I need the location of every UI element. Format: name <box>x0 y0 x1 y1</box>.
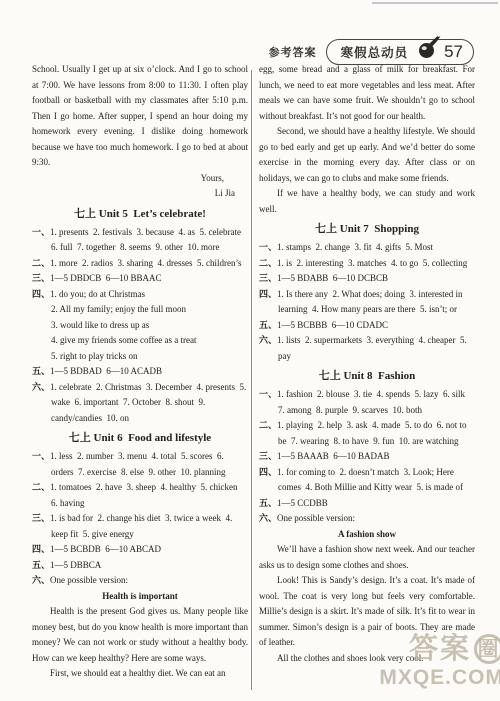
left-column: School. Usually I get up at six o’clock.… <box>32 62 248 682</box>
answer-row-u8-4: 四、1. for coming to 2. doesn’t match 3. L… <box>259 465 475 496</box>
answer-row-u6-2: 二、1. tomatoes 2. have 3. sheep 4. health… <box>32 480 248 511</box>
answer-text: 1. Is there any 2. What does; doing 3. i… <box>277 289 465 315</box>
answer-text: 1. do you; do at Christmas <box>50 289 145 299</box>
answer-row-u7-6: 六、1. lists 2. supermarkets 3. everything… <box>259 333 475 364</box>
answer-text: 1. playing 2. help 3. ask 4. made 5. to … <box>277 420 469 446</box>
answer-text: 1. presents 2. festivals 3. because 4. a… <box>50 227 245 253</box>
answer-row-u7-4: 四、1. Is there any 2. What does; doing 3.… <box>259 287 475 318</box>
answer-row-u5-5: 五、1—5 BDBAD 6—10 ACADB <box>32 364 248 380</box>
essay-paragraph: We’ll have a fashion show next week. And… <box>259 542 475 573</box>
essay-paragraph: Second, we should have a healthy lifesty… <box>259 124 475 186</box>
answer-text: 1. for coming to 2. doesn’t match 3. Loo… <box>277 467 463 493</box>
answer-text: 1. is 2. interesting 3. matches 4. to go… <box>277 258 467 268</box>
answer-subitem: 3. would like to dress up as <box>51 318 248 334</box>
section-marker: 二、 <box>259 420 277 430</box>
section-marker: 五、 <box>32 560 50 570</box>
section-marker: 六、 <box>32 575 50 585</box>
answer-text: 1. stamps 2. change 3. fit 4. gifts 5. M… <box>277 242 433 252</box>
essay-paragraph: First, we should eat a healthy diet. We … <box>32 666 248 682</box>
answer-row-u8-1: 一、1. fashion 2. blouse 3. tie 4. spends … <box>259 387 475 418</box>
answer-text: 1—5 BDBAD 6—10 ACADB <box>50 366 162 376</box>
answers-label: 参考答案 <box>269 44 317 60</box>
watermark-site: MXQE.COM <box>379 667 500 688</box>
section-marker: 四、 <box>32 289 50 299</box>
answer-text: 1—5 BCBDB 6—10 ABCAD <box>50 544 161 554</box>
answer-row-u5-4: 四、1. do you; do at Christmas 2. All my f… <box>32 287 248 365</box>
right-column: egg, some bread and a glass of milk for … <box>259 62 475 666</box>
answer-row-u6-5: 五、1—5 DBBCA <box>32 558 248 574</box>
essay-title-fashion: A fashion show <box>259 527 475 543</box>
section-marker: 四、 <box>32 544 50 554</box>
answer-row-u5-6: 六、1. celebrate 2. Christmas 3. December … <box>32 380 248 427</box>
answer-text: 1. fashion 2. blouse 3. tie 4. spends 5.… <box>277 389 469 415</box>
answer-text: 1—5 BDABB 6—10 DCBCB <box>277 273 388 283</box>
answer-row-u7-5: 五、1—5 BCBBB 6—10 CDADC <box>259 318 475 334</box>
watermark: 答案 圈 MXQE.COM <box>379 634 500 688</box>
essay-paragraph: If we have a healthy body, we can study … <box>259 186 475 217</box>
unit7-heading: 七上 Unit 7 Shopping <box>259 220 475 238</box>
answer-text: 1—5 BCBBB 6—10 CDADC <box>277 320 388 330</box>
answer-subitem: 5. right to play tricks on <box>51 349 248 365</box>
answer-text: 1. lists 2. supermarkets 3. everything 4… <box>277 335 469 361</box>
section-marker: 四、 <box>259 289 277 299</box>
book-title: 寒假总动员 <box>341 43 409 61</box>
section-marker: 三、 <box>259 273 277 283</box>
section-marker: 五、 <box>259 320 277 330</box>
section-marker: 二、 <box>32 482 50 492</box>
answer-text: 1—5 DBBCA <box>50 560 101 570</box>
answer-row-u8-2: 二、1. playing 2. help 3. ask 4. made 5. t… <box>259 418 475 449</box>
section-marker: 六、 <box>259 513 277 523</box>
answer-row-u6-1: 一、1. less 2. number 3. menu 4. total 5. … <box>32 449 248 480</box>
answer-text: 1. less 2. number 3. menu 4. total 5. sc… <box>50 451 226 477</box>
answer-text: 1—5 CCDBB <box>277 498 328 508</box>
watermark-brand: 答案 圈 <box>379 634 500 664</box>
section-marker: 四、 <box>259 467 277 477</box>
answer-text: 1. celebrate 2. Christmas 3. December 4.… <box>50 382 248 423</box>
essay-paragraph: Health is the present God gives us. Many… <box>32 604 248 666</box>
answer-text: One possible version: <box>277 513 355 523</box>
answer-text: 1. is bad for 2. change his diet 3. twic… <box>50 513 234 539</box>
section-marker: 二、 <box>259 258 277 268</box>
section-marker: 一、 <box>32 227 50 237</box>
answer-row-u8-3: 三、1—5 BAAAB 6—10 BADAB <box>259 449 475 465</box>
unit5-heading: 七上 Unit 5 Let’s celebrate! <box>32 205 248 223</box>
answer-text: 1. tomatoes 2. have 3. sheep 4. healthy … <box>50 482 242 508</box>
section-marker: 五、 <box>32 366 50 376</box>
section-marker: 二、 <box>32 258 50 268</box>
column-divider <box>251 70 252 690</box>
section-marker: 三、 <box>259 451 277 461</box>
scan-artifact <box>372 2 498 4</box>
letter-closing: Yours, <box>32 171 248 187</box>
watermark-brand-text: 答案 <box>409 635 471 664</box>
answer-row-u5-3: 三、1—5 DBDCB 6—10 BBAAC <box>32 271 248 287</box>
answer-subitem: 2. All my family; enjoy the full moon <box>51 302 248 318</box>
answer-row-u7-1: 一、1. stamps 2. change 3. fit 4. gifts 5.… <box>259 240 475 256</box>
answer-row-u8-5: 五、1—5 CCDBB <box>259 496 475 512</box>
answer-row-u7-3: 三、1—5 BDABB 6—10 DCBCB <box>259 271 475 287</box>
answer-row-u5-2: 二、1. more 2. radios 3. sharing 4. dresse… <box>32 256 248 272</box>
section-marker: 三、 <box>32 273 50 283</box>
section-marker: 五、 <box>259 498 277 508</box>
section-marker: 六、 <box>32 382 50 392</box>
answer-row-u5-1: 一、1. presents 2. festivals 3. because 4.… <box>32 225 248 256</box>
ink-pot-icon <box>416 34 442 60</box>
answer-row-u8-6: 六、One possible version: <box>259 511 475 527</box>
unit6-heading: 七上 Unit 6 Food and lifestyle <box>32 429 248 447</box>
essay-title-health: Health is important <box>32 589 248 605</box>
essay-paragraph: egg, some bread and a glass of milk for … <box>259 62 475 124</box>
answer-text: One possible version: <box>50 575 128 585</box>
section-marker: 一、 <box>259 242 277 252</box>
watermark-circle-glyph: 圈 <box>474 634 500 664</box>
page-number: 57 <box>444 42 463 62</box>
answer-row-u7-2: 二、1. is 2. interesting 3. matches 4. to … <box>259 256 475 272</box>
answer-book-page: 参考答案 寒假总动员 57 School. Usually I get up a… <box>0 0 500 701</box>
letter-body: School. Usually I get up at six o’clock.… <box>32 62 248 171</box>
answer-row-u6-6: 六、One possible version: <box>32 573 248 589</box>
answer-text: 1—5 DBDCB 6—10 BBAAC <box>50 273 162 283</box>
answer-subitem: 4. give my friends some coffee as a trea… <box>51 333 248 349</box>
section-marker: 一、 <box>259 389 277 399</box>
section-marker: 三、 <box>32 513 50 523</box>
letter-signature: Li Jia <box>32 186 248 202</box>
answer-row-u6-4: 四、1—5 BCBDB 6—10 ABCAD <box>32 542 248 558</box>
answer-text: 1. more 2. radios 3. sharing 4. dresses … <box>50 258 241 268</box>
answer-row-u6-3: 三、1. is bad for 2. change his diet 3. tw… <box>32 511 248 542</box>
section-marker: 一、 <box>32 451 50 461</box>
section-marker: 六、 <box>259 335 277 345</box>
unit8-heading: 七上 Unit 8 Fashion <box>259 367 475 385</box>
answer-text: 1—5 BAAAB 6—10 BADAB <box>277 451 390 461</box>
